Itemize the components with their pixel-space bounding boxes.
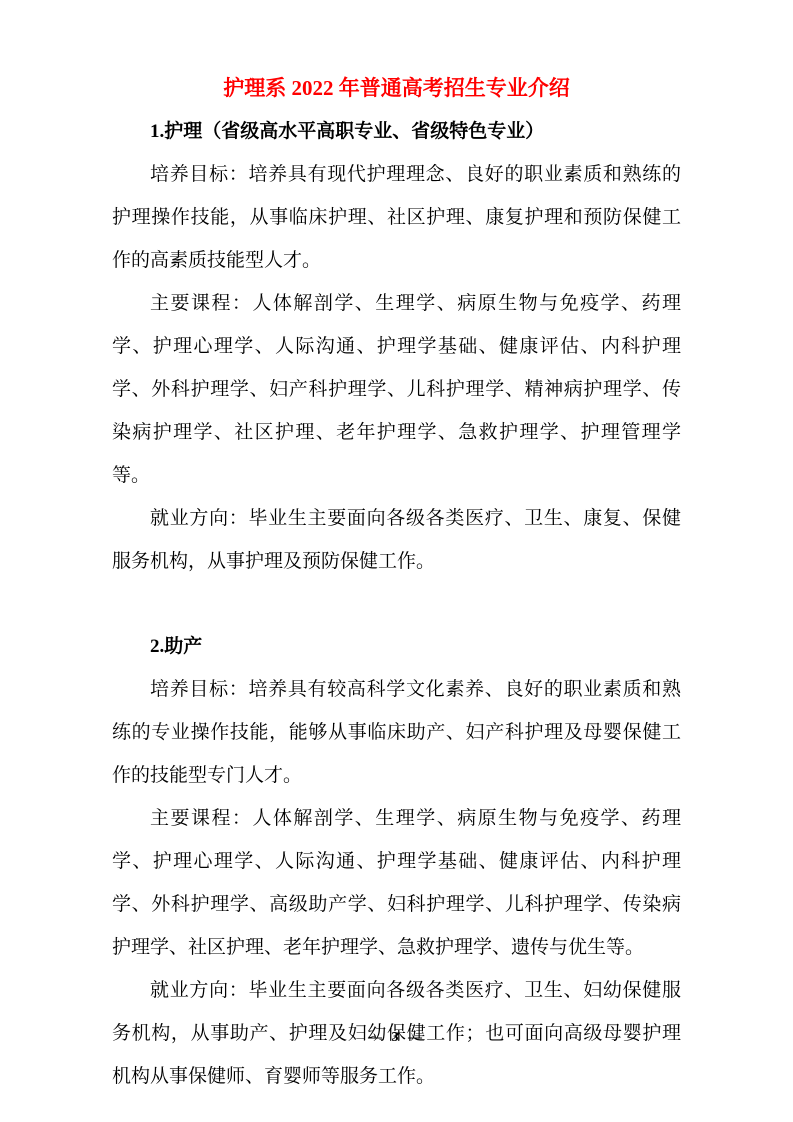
nursing-main-courses-paragraph: 主要课程：人体解剖学、生理学、病原生物与免疫学、药理学、护理心理学、人际沟通、护… (112, 282, 681, 497)
midwifery-training-objectives-paragraph: 培养目标：培养具有较高科学文化素养、良好的职业素质和熟练的专业操作技能，能够从事… (112, 668, 681, 797)
document-title: 护理系 2022 年普通高考招生专业介绍 (112, 66, 681, 110)
section-nursing-heading: 1.护理（省级高水平高职专业、省级特色专业） (112, 110, 681, 153)
page-number: — 3 — (0, 1030, 793, 1046)
section-midwifery-heading: 2.助产 (112, 625, 681, 668)
section-nursing: 1.护理（省级高水平高职专业、省级特色专业） 培养目标：培养具有现代护理理念、良… (112, 110, 681, 583)
nursing-employment-paragraph: 就业方向：毕业生主要面向各级各类医疗、卫生、康复、保健服务机构，从事护理及预防保… (112, 497, 681, 583)
midwifery-main-courses-paragraph: 主要课程：人体解剖学、生理学、病原生物与免疫学、药理学、护理心理学、人际沟通、护… (112, 797, 681, 969)
document-page: 护理系 2022 年普通高考招生专业介绍 1.护理（省级高水平高职专业、省级特色… (0, 0, 793, 1122)
document-content: 护理系 2022 年普通高考招生专业介绍 1.护理（省级高水平高职专业、省级特色… (112, 66, 681, 1098)
section-midwifery: 2.助产 培养目标：培养具有较高科学文化素养、良好的职业素质和熟练的专业操作技能… (112, 625, 681, 1098)
nursing-training-objectives-paragraph: 培养目标：培养具有现代护理理念、良好的职业素质和熟练的护理操作技能，从事临床护理… (112, 153, 681, 282)
